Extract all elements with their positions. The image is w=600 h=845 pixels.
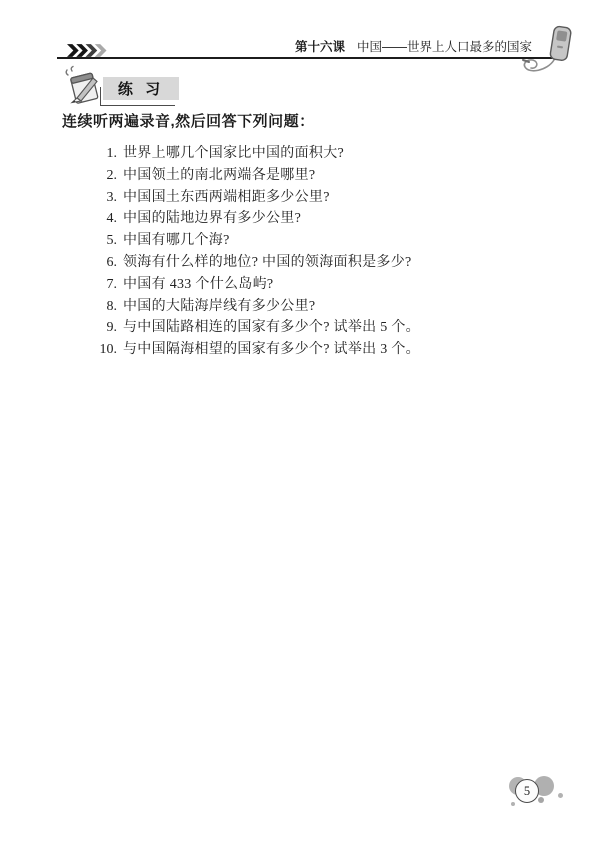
bubble-icon bbox=[538, 797, 544, 803]
question-number: 10. bbox=[95, 339, 117, 361]
question-item: 4.中国的陆地边界有多少公里? bbox=[95, 208, 420, 230]
lesson-title: 中国——世界上人口最多的国家 bbox=[357, 40, 532, 54]
textbook-page: 第十六课中国——世界上人口最多的国家 bbox=[0, 0, 600, 845]
microphone-icon bbox=[521, 22, 581, 83]
page-number-badge: 5 bbox=[515, 779, 539, 803]
question-item: 9.与中国陆路相连的国家有多少个? 试举出 5 个。 bbox=[95, 317, 420, 339]
question-text: 与中国隔海相望的国家有多少个? 试举出 3 个。 bbox=[123, 339, 420, 361]
question-number: 5. bbox=[95, 230, 117, 252]
bubble-icon bbox=[558, 793, 563, 798]
lesson-number: 第十六课 bbox=[295, 40, 345, 54]
question-list: 1.世界上哪几个国家比中国的面积大? 2.中国领土的南北两端各是哪里? 3.中国… bbox=[95, 143, 420, 361]
question-text: 中国有哪几个海? bbox=[123, 230, 230, 252]
question-text: 领海有什么样的地位? 中国的领海面积是多少? bbox=[123, 252, 412, 274]
question-item: 1.世界上哪几个国家比中国的面积大? bbox=[95, 143, 420, 165]
question-text: 中国领土的南北两端各是哪里? bbox=[123, 165, 315, 187]
question-number: 1. bbox=[95, 143, 117, 165]
exercise-section-title: 练 习 bbox=[103, 77, 179, 100]
question-number: 4. bbox=[95, 208, 117, 230]
question-text: 中国的大陆海岸线有多少公里? bbox=[123, 296, 315, 318]
instruction-text: 连续听两遍录音,然后回答下列问题： bbox=[62, 112, 315, 132]
question-number: 6. bbox=[95, 252, 117, 274]
question-number: 3. bbox=[95, 187, 117, 209]
question-text: 世界上哪几个国家比中国的面积大? bbox=[123, 143, 344, 165]
question-number: 7. bbox=[95, 274, 117, 296]
question-text: 与中国陆路相连的国家有多少个? 试举出 5 个。 bbox=[123, 317, 420, 339]
question-item: 5.中国有哪几个海? bbox=[95, 230, 420, 252]
running-header: 第十六课中国——世界上人口最多的国家 bbox=[295, 40, 532, 55]
header-rule bbox=[57, 57, 557, 59]
bubble-icon bbox=[511, 802, 515, 806]
question-item: 10.与中国隔海相望的国家有多少个? 试举出 3 个。 bbox=[95, 339, 420, 361]
page-number-decoration: 5 bbox=[505, 772, 577, 812]
question-number: 2. bbox=[95, 165, 117, 187]
question-text: 中国有 433 个什么岛屿? bbox=[123, 274, 273, 296]
question-text: 中国国土东西两端相距多少公里? bbox=[123, 187, 330, 209]
question-item: 6.领海有什么样的地位? 中国的领海面积是多少? bbox=[95, 252, 420, 274]
page-number: 5 bbox=[524, 784, 530, 799]
question-text: 中国的陆地边界有多少公里? bbox=[123, 208, 301, 230]
question-item: 8.中国的大陆海岸线有多少公里? bbox=[95, 296, 420, 318]
question-number: 9. bbox=[95, 317, 117, 339]
chevrons-right-icon bbox=[67, 44, 107, 62]
question-item: 3.中国国土东西两端相距多少公里? bbox=[95, 187, 420, 209]
question-item: 2.中国领土的南北两端各是哪里? bbox=[95, 165, 420, 187]
question-number: 8. bbox=[95, 296, 117, 318]
question-item: 7.中国有 433 个什么岛屿? bbox=[95, 274, 420, 296]
exercise-label: 练 习 bbox=[118, 78, 164, 99]
